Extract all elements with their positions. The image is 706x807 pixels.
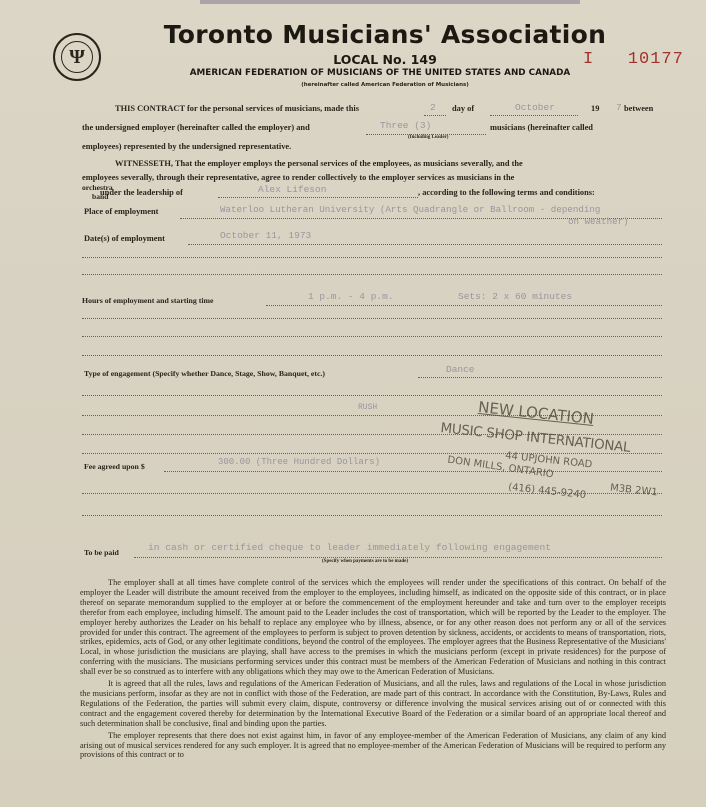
place-label: Place of employment xyxy=(84,207,158,216)
paid-label: To be paid xyxy=(84,548,119,557)
type-line xyxy=(418,377,662,378)
association-title: Toronto Musicians' Association xyxy=(140,20,630,49)
band-name-value: RUSH xyxy=(358,403,377,412)
federation-name: AMERICAN FEDERATION OF MUSICIANS OF THE … xyxy=(100,68,660,78)
blank-line xyxy=(82,453,662,454)
day-line xyxy=(424,115,446,116)
type-label: Type of engagement (Specify whether Danc… xyxy=(84,369,325,378)
blank-line xyxy=(82,336,662,337)
type-value: Dance xyxy=(446,364,475,375)
date-line xyxy=(188,244,662,245)
blank-line xyxy=(82,274,662,275)
terms-intro: , according to the following terms and c… xyxy=(418,188,595,197)
sets-value: Sets: 2 x 60 minutes xyxy=(458,291,572,302)
between-label: between xyxy=(624,104,653,113)
hours-line xyxy=(266,305,662,306)
employees-clause: employees) represented by the undersigne… xyxy=(82,142,291,151)
blank-line xyxy=(82,355,662,356)
paid-note: (Specify when payments are to be made) xyxy=(322,559,408,564)
serial-number: I 10177 xyxy=(583,50,684,69)
terms-paragraph-3: The employer represents that there does … xyxy=(80,731,666,761)
day-value: 2 xyxy=(430,102,436,113)
fee-line xyxy=(164,471,662,472)
place-value: Waterloo Lutheran University (Arts Quadr… xyxy=(220,204,600,215)
year-digit: 7 xyxy=(616,102,622,113)
serial-digits: 10177 xyxy=(628,50,684,69)
stamp-line-postal: M3B 2W1 xyxy=(610,483,659,499)
afm-lyre-seal-icon: Ψ xyxy=(53,33,101,81)
contract-intro: THIS CONTRACT for the personal services … xyxy=(115,104,359,113)
federation-note: (hereinafter called American Federation … xyxy=(140,82,630,88)
blank-line xyxy=(82,515,662,516)
fee-label: Fee agreed upon $ xyxy=(84,462,145,471)
date-label: Date(s) of employment xyxy=(84,234,165,243)
place-value-2: on weather) xyxy=(568,216,629,227)
witnesseth-line-2: employees severally, through their repre… xyxy=(82,173,514,182)
leadership-label: under the leadership of xyxy=(100,188,183,197)
blank-line xyxy=(82,318,662,319)
paid-line xyxy=(134,557,662,558)
serial-prefix: I xyxy=(583,50,594,69)
month-line xyxy=(490,115,578,116)
month-value: October xyxy=(515,102,555,113)
blank-line xyxy=(82,395,662,396)
lyre-icon: Ψ xyxy=(55,35,99,79)
terms-paragraph-2: It is agreed that all the rules, laws an… xyxy=(80,679,666,729)
local-number: LOCAL No. 149 xyxy=(140,52,630,67)
leader-name-value: Alex Lifeson xyxy=(258,184,326,195)
stamp-line-phone: (416) 445-9240 xyxy=(508,482,587,501)
contract-document: Ψ Toronto Musicians' Association LOCAL N… xyxy=(0,0,706,807)
year-prefix: 19 xyxy=(591,104,599,113)
blank-line xyxy=(82,257,662,258)
including-leader-note: (Including Leader) xyxy=(408,135,448,140)
leader-line xyxy=(218,197,418,198)
paid-value: in cash or certified cheque to leader im… xyxy=(148,542,551,553)
day-of-label: day of xyxy=(452,104,474,113)
date-value: October 11, 1973 xyxy=(220,230,311,241)
musicians-clause: musicians (hereinafter called xyxy=(490,123,593,132)
musician-count-value: Three (3) xyxy=(380,120,431,131)
fee-value: 300.00 (Three Hundred Dollars) xyxy=(218,457,380,467)
stamp-line-shop: MUSIC SHOP INTERNATIONAL xyxy=(440,420,631,456)
hours-value: 1 p.m. - 4 p.m. xyxy=(308,291,394,302)
contract-terms: The employer shall at all times have com… xyxy=(80,578,666,760)
witnesseth-line-1: WITNESSETH, That the employer employs th… xyxy=(115,159,523,168)
hours-label: Hours of employment and starting time xyxy=(82,296,213,305)
top-edge-band xyxy=(200,0,580,4)
stamp-line-new-location: NEW LOCATION xyxy=(477,398,594,428)
employer-clause: the undersigned employer (hereinafter ca… xyxy=(82,123,310,132)
terms-paragraph-1: The employer shall at all times have com… xyxy=(80,578,666,677)
